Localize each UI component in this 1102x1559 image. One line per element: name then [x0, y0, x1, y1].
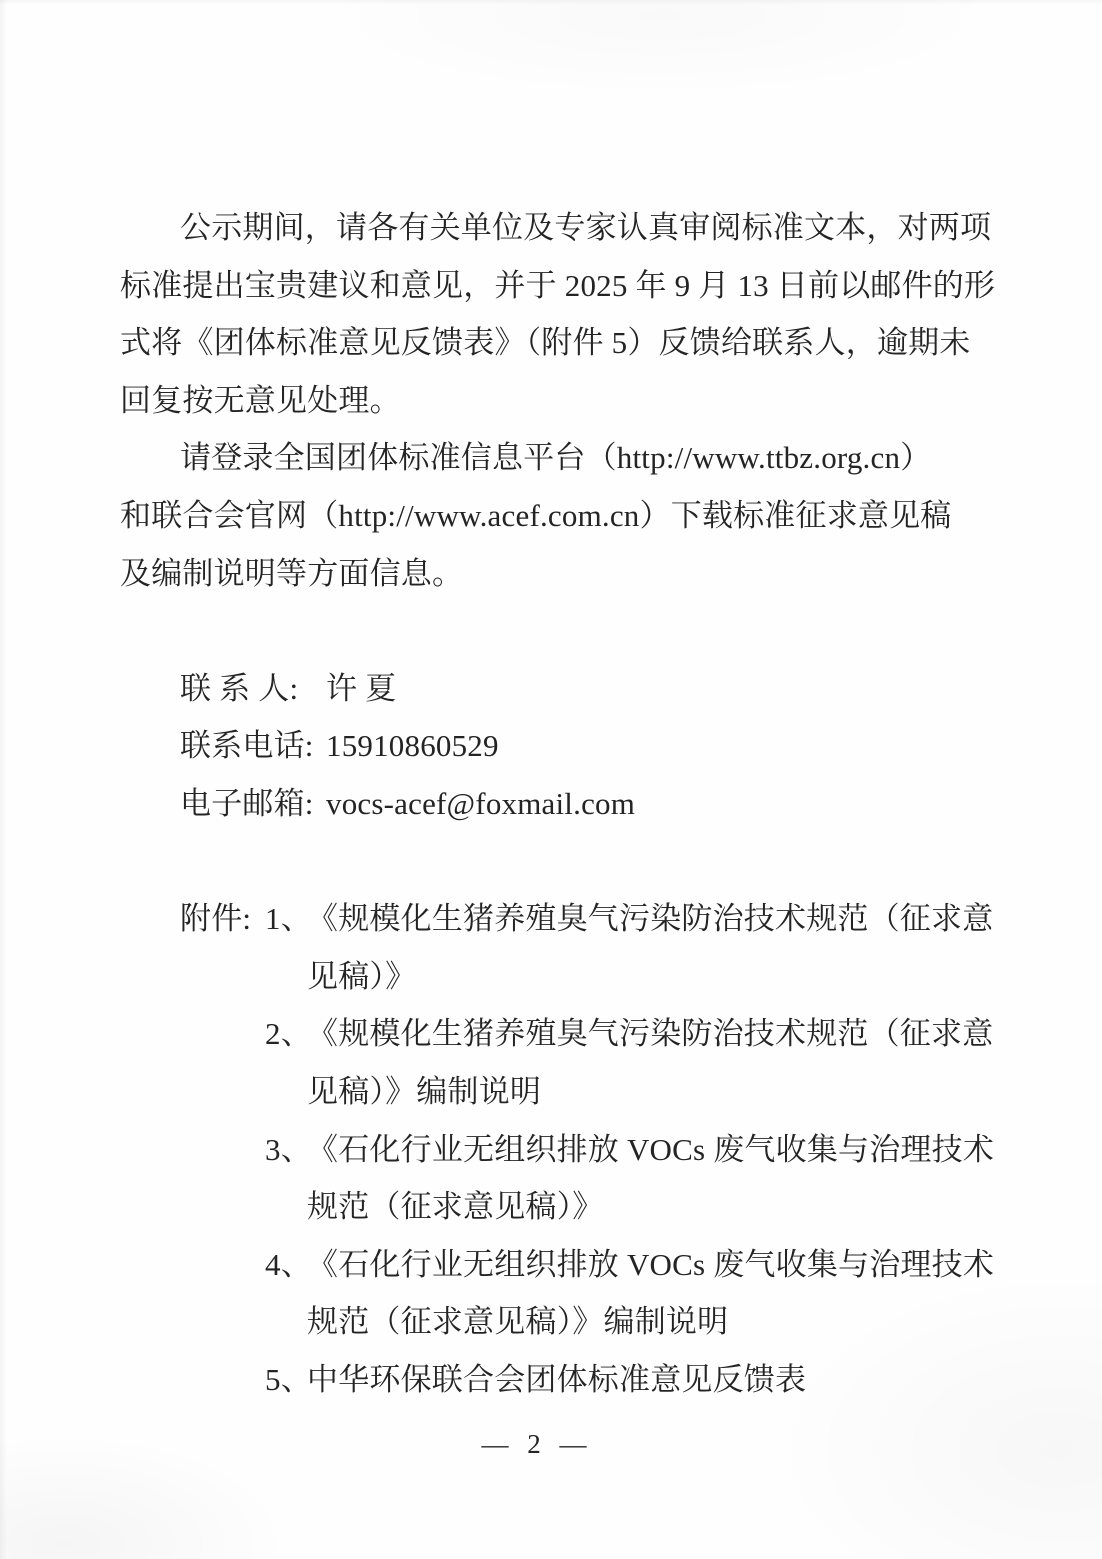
paragraph-review-request: 公示期间，请各有关单位及专家认真审阅标准文本，对两项 标准提出宝贵建议和意见，并… [120, 199, 986, 429]
blank-line [120, 833, 986, 891]
contact-person-name: 许 夏 [326, 671, 396, 706]
contact-email-row: 电子邮箱:vocs-acef@foxmail.com [120, 775, 986, 833]
attachment-item-2-continuation: 见稿）》编制说明 [120, 1063, 986, 1121]
contact-phone-number: 15910860529 [326, 728, 499, 763]
attachments-label: 附件: [180, 890, 265, 948]
attachment-item-1: 附件:1、《规模化生猪养殖臭气污染防治技术规范（征求意 [120, 890, 986, 948]
paragraph-line: 回复按无意见处理。 [120, 372, 986, 430]
paragraph-line: 式将《团体标准意见反馈表》（附件 5）反馈给联系人，逾期未 [120, 314, 986, 372]
contact-email-address: vocs-acef@foxmail.com [326, 786, 635, 821]
attachment-item-3: 3、《石化行业无组织排放 VOCs 废气收集与治理技术 [120, 1121, 986, 1179]
attachment-number: 4、 [265, 1236, 307, 1294]
paragraph-line: 及编制说明等方面信息。 [120, 545, 986, 603]
attachment-title: 《规模化生猪养殖臭气污染防治技术规范（征求意 [307, 1016, 993, 1051]
attachment-title: 中华环保联合会团体标准意见反馈表 [307, 1362, 806, 1397]
page-number: — 2 — [482, 1424, 593, 1464]
contact-block: 联 系 人:许 夏 联系电话:15910860529 电子邮箱:vocs-ace… [120, 660, 986, 833]
paragraph-line: 公示期间，请各有关单位及专家认真审阅标准文本，对两项 [120, 199, 986, 257]
attachment-title: 《石化行业无组织排放 VOCs 废气收集与治理技术 [307, 1247, 994, 1282]
attachment-item-2: 2、《规模化生猪养殖臭气污染防治技术规范（征求意 [120, 1005, 986, 1063]
page-footer: — 2 — [0, 1424, 1102, 1464]
attachment-item-5: 5、中华环保联合会团体标准意见反馈表 [120, 1351, 986, 1409]
attachments-list: 附件:1、《规模化生猪养殖臭气污染防治技术规范（征求意 见稿）》 2、《规模化生… [120, 890, 986, 1408]
contact-person-label: 联 系 人: [180, 660, 312, 718]
attachment-title: 《石化行业无组织排放 VOCs 废气收集与治理技术 [307, 1132, 994, 1167]
attachment-number: 2、 [265, 1005, 307, 1063]
paragraph-line: 请登录全国团体标准信息平台（http://www.ttbz.org.cn） [120, 429, 986, 487]
document-body: 公示期间，请各有关单位及专家认真审阅标准文本，对两项 标准提出宝贵建议和意见，并… [120, 199, 986, 1408]
attachment-number: 1、 [265, 890, 307, 948]
attachment-item-4: 4、《石化行业无组织排放 VOCs 废气收集与治理技术 [120, 1236, 986, 1294]
paragraph-line: 和联合会官网（http://www.acef.com.cn）下载标准征求意见稿 [120, 487, 986, 545]
attachment-number: 5、 [265, 1351, 307, 1409]
contact-person-row: 联 系 人:许 夏 [120, 660, 986, 718]
contact-email-label: 电子邮箱: [180, 775, 312, 833]
contact-phone-row: 联系电话:15910860529 [120, 717, 986, 775]
scanned-document-page: 公示期间，请各有关单位及专家认真审阅标准文本，对两项 标准提出宝贵建议和意见，并… [0, 0, 1102, 1559]
paragraph-line: 标准提出宝贵建议和意见，并于 2025 年 9 月 13 日前以邮件的形 [120, 257, 986, 315]
blank-line [120, 602, 986, 660]
attachment-item-4-continuation: 规范（征求意见稿）》编制说明 [120, 1293, 986, 1351]
contact-phone-label: 联系电话: [180, 717, 312, 775]
attachment-title: 《规模化生猪养殖臭气污染防治技术规范（征求意 [307, 901, 993, 936]
paragraph-download-info: 请登录全国团体标准信息平台（http://www.ttbz.org.cn） 和联… [120, 429, 986, 602]
attachment-item-3-continuation: 规范（征求意见稿）》 [120, 1178, 986, 1236]
attachment-number: 3、 [265, 1121, 307, 1179]
attachment-item-1-continuation: 见稿）》 [120, 948, 986, 1006]
